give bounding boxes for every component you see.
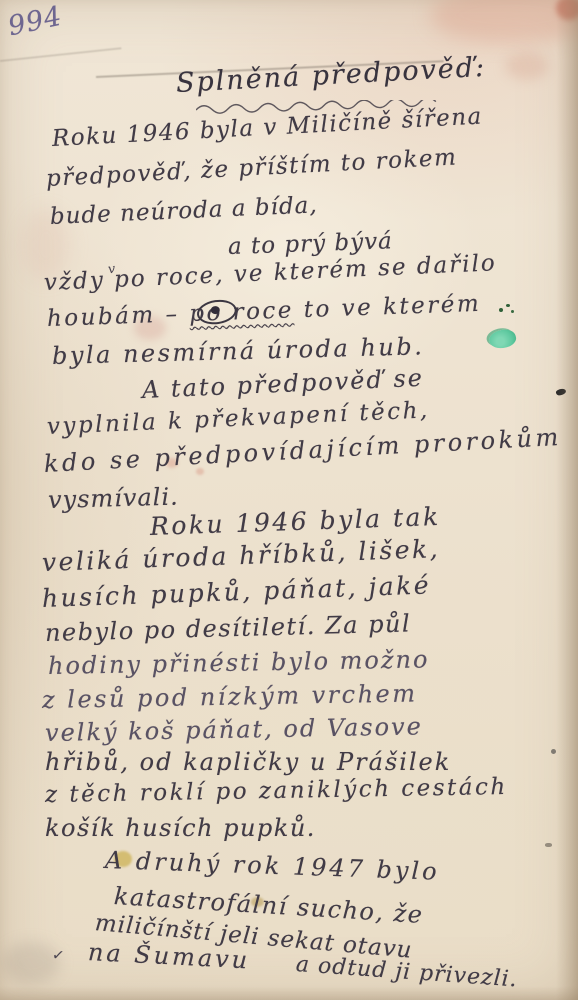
line-segment: houbám – <box>47 301 190 332</box>
green-ink-stain <box>487 327 518 351</box>
handwritten-line: z těch roklí po zaniklých cestách <box>45 774 508 808</box>
handwritten-line: z lesů pod nízkým vrchem <box>42 679 418 714</box>
margin-checkmark: ✓ <box>51 945 66 965</box>
dark-speck-right-3 <box>545 843 552 847</box>
green-speck-2 <box>506 304 510 307</box>
handwritten-line: hřibů, od kapličky u Prášilek <box>45 748 451 776</box>
handwritten-line: A druhý rok 1947 bylo <box>105 846 441 886</box>
page-edge-shadow <box>556 0 578 1000</box>
handwritten-line: nebylo po desítiletí. Za půl <box>45 609 412 647</box>
handwritten-line: A tato předpověď se <box>141 364 424 404</box>
handwritten-line: košík husích pupků. <box>45 814 316 842</box>
pencil-crease-line-2 <box>0 47 121 61</box>
line-segment: to ve kterém <box>293 291 481 324</box>
green-speck-3 <box>511 310 514 313</box>
page-title: Splněná předpověď: <box>175 52 487 99</box>
handwritten-line: houbám – po roce to ve kterém <box>47 291 482 332</box>
handwritten-line: bude neúroda a bída, <box>49 192 318 230</box>
green-speck-1 <box>499 308 503 312</box>
handwritten-line: předpověď, že příštím to rokem <box>45 144 458 192</box>
manuscript-page: 994 Splněná předpověď: Roku 1946 byla v … <box>0 0 578 1000</box>
handwritten-line: byla nesmírná úroda hub. <box>52 332 425 370</box>
handwritten-line: hodiny přinésti bylo možno <box>48 645 430 680</box>
handwritten-line: veliká úroda hříbků, lišek, <box>41 534 440 577</box>
handwritten-line: velký koš páňat, od Vasove <box>45 712 423 747</box>
handwritten-line: husích pupků, páňat, jaké <box>41 570 431 613</box>
pink-stain-right <box>505 52 549 80</box>
page-number: 994 <box>5 1 65 43</box>
handwritten-line: vysmívali. <box>48 483 179 514</box>
